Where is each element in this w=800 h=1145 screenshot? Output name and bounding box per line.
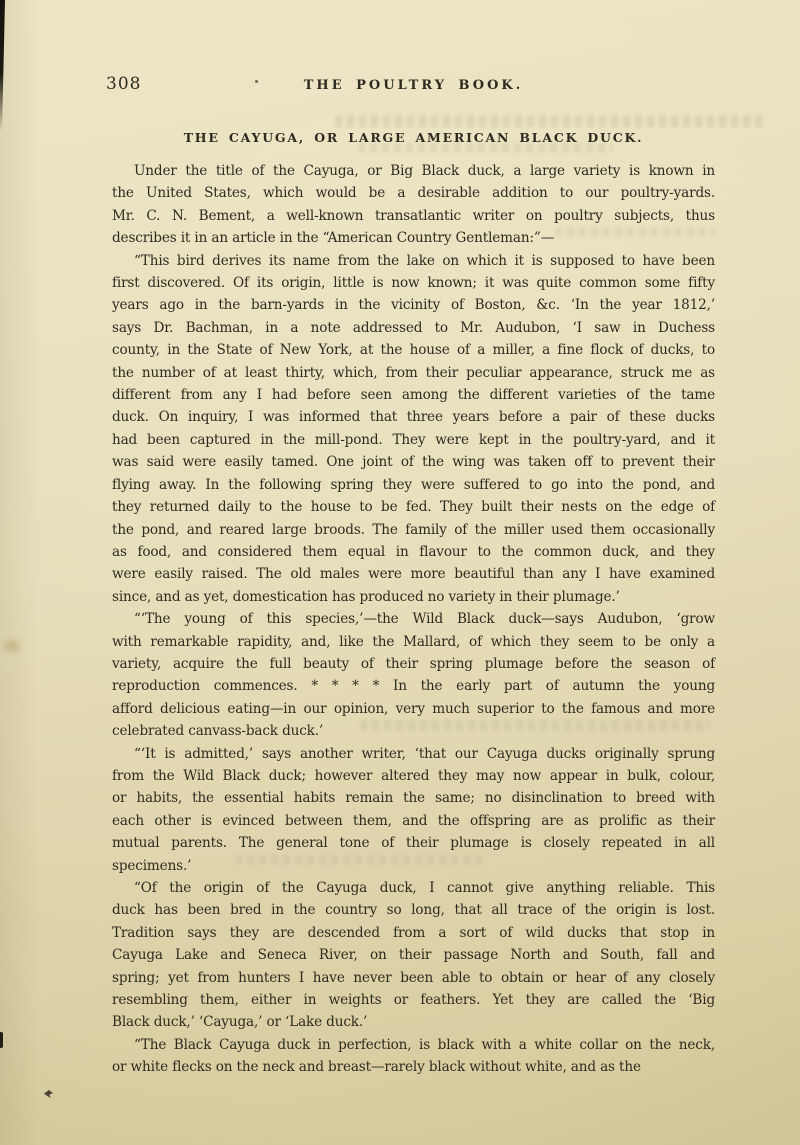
paragraph: “This bird derives its name from the lak… [112, 250, 715, 609]
text-line: the number of at least thirty, which, fr… [112, 362, 715, 384]
text-line: describes it in an article in the “Ameri… [112, 227, 715, 249]
foxing-stain [4, 640, 20, 652]
running-head: THE POULTRY BOOK. [112, 78, 715, 93]
text-line: “‘It is admitted,’ says another writer, … [112, 743, 715, 765]
paragraph: “Of the origin of the Cayuga duck, I can… [112, 877, 715, 1034]
text-line: first discovered. Of its origin, little … [112, 272, 715, 294]
paragraph: “The Black Cayuga duck in perfection, is… [112, 1034, 715, 1079]
body-text: Under the title of the Cayuga, or Big Bl… [112, 160, 715, 1079]
text-line: county, in the State of New York, at the… [112, 339, 715, 361]
scan-edge-notch [0, 1032, 3, 1048]
text-line: mutual parents. The general tone of thei… [112, 832, 715, 854]
text-line: the United States, which would be a desi… [112, 182, 715, 204]
book-page-scan: 308 THE POULTRY BOOK. THE CAYUGA, OR LAR… [0, 0, 800, 1145]
text-line: the pond, and reared large broods. The f… [112, 519, 715, 541]
text-line: with remarkable rapidity, and, like the … [112, 631, 715, 653]
text-line: was said were easily tamed. One joint of… [112, 451, 715, 473]
text-line: or white flecks on the neck and breast—r… [112, 1056, 715, 1078]
text-line: Cayuga Lake and Seneca River, on their p… [112, 944, 715, 966]
text-line: since, and as yet, domestication has pro… [112, 586, 715, 608]
text-line: as food, and considered them equal in fl… [112, 541, 715, 563]
text-line: were easily raised. The old males were m… [112, 563, 715, 585]
paragraph: “‘The young of this species,’—the Wild B… [112, 608, 715, 742]
text-line: reproduction commences. * * * * In the e… [112, 675, 715, 697]
text-line: each other is evinced between them, and … [112, 810, 715, 832]
scan-edge-shadow [0, 0, 5, 132]
text-line: Black duck,’ ‘Cayuga,’ or ‘Lake duck.’ [112, 1011, 715, 1033]
text-line: “The Black Cayuga duck in perfection, is… [112, 1034, 715, 1056]
text-line: specimens.’ [112, 855, 715, 877]
text-line: from the Wild Black duck; however altere… [112, 765, 715, 787]
text-line: variety, acquire the full beauty of thei… [112, 653, 715, 675]
text-line: duck. On inquiry, I was informed that th… [112, 406, 715, 428]
text-line: celebrated canvass-back duck.’ [112, 720, 715, 742]
text-line: different from any I had before seen amo… [112, 384, 715, 406]
text-line: “This bird derives its name from the lak… [112, 250, 715, 272]
text-line: had been captured in the mill-pond. They… [112, 429, 715, 451]
text-line: says Dr. Bachman, in a note addressed to… [112, 317, 715, 339]
ink-speck [255, 80, 258, 83]
text-line: “Of the origin of the Cayuga duck, I can… [112, 877, 715, 899]
text-line: “‘The young of this species,’—the Wild B… [112, 608, 715, 630]
text-line: resembling them, either in weights or fe… [112, 989, 715, 1011]
text-line: Mr. C. N. Bement, a well-known transatla… [112, 205, 715, 227]
text-line: duck has been bred in the country so lon… [112, 899, 715, 921]
text-line: years ago in the barn-yards in the vicin… [112, 294, 715, 316]
text-line: or habits, the essential habits remain t… [112, 787, 715, 809]
text-line: afford delicious eating—in our opinion, … [112, 698, 715, 720]
paragraph: “‘It is admitted,’ says another writer, … [112, 743, 715, 877]
ink-speck [44, 1090, 53, 1098]
text-line: Under the title of the Cayuga, or Big Bl… [112, 160, 715, 182]
text-line: they returned daily to the house to be f… [112, 496, 715, 518]
text-line: Tradition says they are descended from a… [112, 922, 715, 944]
bleedthrough-smudge [335, 115, 765, 127]
section-heading: THE CAYUGA, OR LARGE AMERICAN BLACK DUCK… [112, 130, 715, 145]
text-line: flying away. In the following spring the… [112, 474, 715, 496]
text-line: spring; yet from hunters I have never be… [112, 967, 715, 989]
paragraph: Under the title of the Cayuga, or Big Bl… [112, 160, 715, 250]
